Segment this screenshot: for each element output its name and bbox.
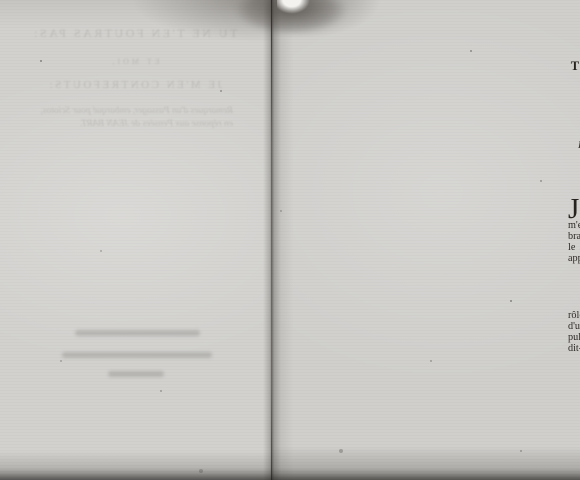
paper-tear xyxy=(277,0,319,24)
drop-cap: J xyxy=(568,198,580,220)
paragraph-2: Il l'a bien aisé, ce bougre-là, de jouer… xyxy=(568,299,580,354)
page-gutter-shadow xyxy=(263,0,281,480)
showthrough-title-3: JE M'EN CONTREFOUTS: xyxy=(22,79,247,91)
verso-showthrough-block: TU NE T'EN FOUTRAS PAS: ET MOI, JE M'EN … xyxy=(22,26,247,131)
signature-mark: A 2 xyxy=(564,370,580,380)
title-line-3: JE M'EN CONTREFOUTS: xyxy=(564,116,580,128)
page-gutter-fold-line xyxy=(271,0,272,480)
showthrough-subtitle: Remarques d'un Passager, embarqué pour S… xyxy=(22,105,247,131)
showthrough-title-2: ET MOI, xyxy=(22,57,247,66)
title-line-1: TU NE T'EN FOUTRAS PAS: xyxy=(564,59,580,74)
left-page: TU NE T'EN FOUTRAS PAS: ET MOI, JE M'EN … xyxy=(0,0,272,480)
paper-speckles xyxy=(40,60,42,62)
showthrough-bar xyxy=(75,330,200,336)
right-page: TU NE T'EN FOUTRAS PAS: ET MOI, JE M'EN … xyxy=(272,0,580,480)
showthrough-bar xyxy=(108,371,164,377)
paragraph-1: JEAN BART, ou son bâtard, communique ses… xyxy=(568,198,580,265)
showthrough-bar xyxy=(62,352,212,358)
title-line-2: ET MOI, xyxy=(564,93,580,103)
page-bottom-edge-shadow xyxy=(0,468,580,480)
showthrough-title-1: TU NE T'EN FOUTRAS PAS: xyxy=(22,26,247,41)
